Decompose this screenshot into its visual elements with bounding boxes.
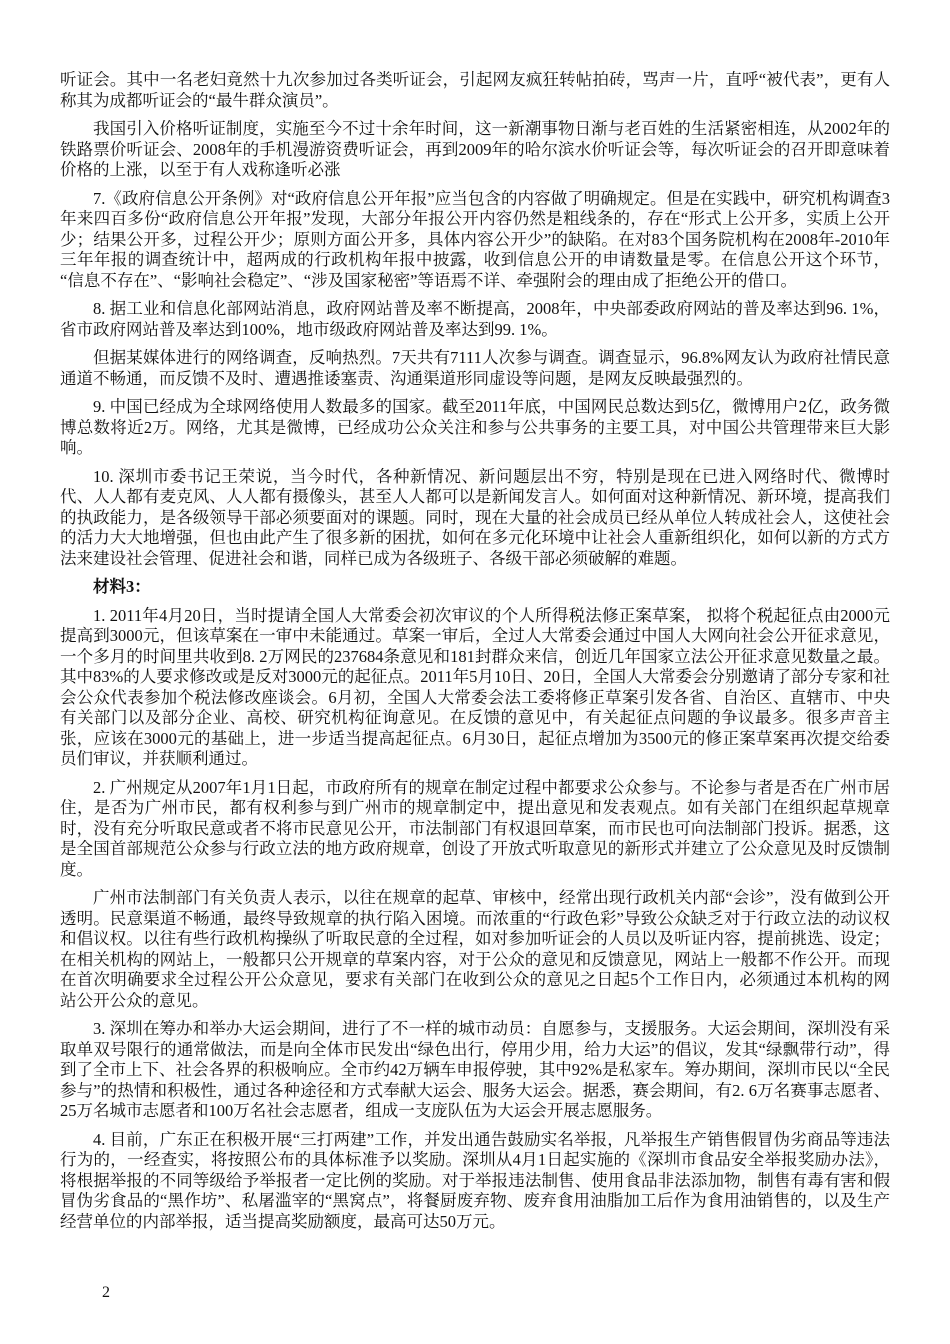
paragraph-m3-item-2-guangzhou-regulation: 2. 广州规定从2007年1月1日起，市政府所有的规章在制定过程中都要求公众参与… bbox=[60, 778, 890, 881]
paragraph-hearing-continuation: 听证会。其中一名老妇竟然十九次参加过各类听证会，引起网友疯狂转帖拍砖，骂声一片，… bbox=[60, 70, 890, 111]
paragraph-item-8-gov-website-coverage: 8. 据工业和信息化部网站消息，政府网站普及率不断提高，2008年，中央部委政府… bbox=[60, 299, 890, 340]
document-body: 听证会。其中一名老妇竟然十九次参加过各类听证会，引起网友疯狂转帖拍砖，骂声一片，… bbox=[60, 70, 890, 1232]
paragraph-m3-item-2-legal-dept: 广州市法制部门有关负责人表示，以往在规章的起草、审核中，经常出现行政机关内部“会… bbox=[60, 888, 890, 1011]
paragraph-item-9-internet-users: 9. 中国已经成为全球网络使用人数最多的国家。截至2011年底，中国网民总数达到… bbox=[60, 397, 890, 459]
paragraph-item-8-online-survey: 但据某媒体进行的网络调查，反响热烈。7天共有7111人次参与调查。调查显示，96… bbox=[60, 348, 890, 389]
paragraph-m3-item-1-tax-law: 1. 2011年4月20日，当时提请全国人大常委会初次审议的个人所得税法修正案草… bbox=[60, 606, 890, 770]
section-heading-material-3: 材料3： bbox=[60, 577, 890, 598]
paragraph-item-7-gov-info-disclosure: 7.《政府信息公开条例》对“政府信息公开年报”应当包含的内容做了明确规定。但是在… bbox=[60, 189, 890, 292]
document-page: 听证会。其中一名老妇竟然十九次参加过各类听证会，引起网友疯狂转帖拍砖，骂声一片，… bbox=[0, 0, 950, 1344]
page-number: 2 bbox=[102, 1284, 110, 1302]
paragraph-price-hearing-system: 我国引入价格听证制度，实施至今不过十余年时间，这一新潮事物日渐与老百姓的生活紧密… bbox=[60, 119, 890, 181]
paragraph-m3-item-4-guangdong-reporting: 4. 目前，广东正在积极开展“三打两建”工作，并发出通告鼓励实名举报，凡举报生产… bbox=[60, 1130, 890, 1233]
paragraph-m3-item-3-shenzhen-universiade: 3. 深圳在筹办和举办大运会期间，进行了不一样的城市动员：自愿参与，支援服务。大… bbox=[60, 1019, 890, 1122]
paragraph-item-10-shenzhen-secretary: 10. 深圳市委书记王荣说，当今时代，各种新情况、新问题层出不穷，特别是现在已进… bbox=[60, 467, 890, 570]
